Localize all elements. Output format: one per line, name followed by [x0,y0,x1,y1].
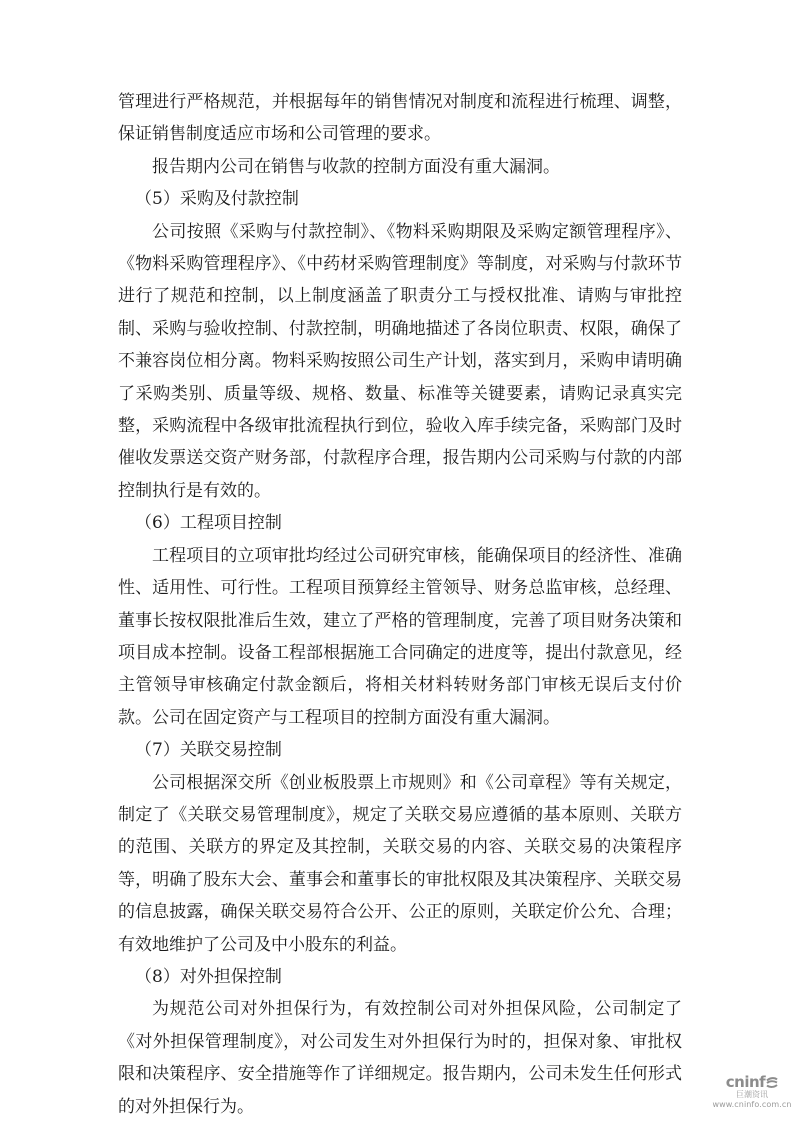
watermark-logo-text: cninf [726,1073,765,1091]
paragraph-engineering: 工程项目的立项审批均经过公司研究审核，能确保项目的经济性、准确性、适用性、可行性… [118,540,682,734]
watermark-logo: cninf [712,1074,792,1090]
paragraph-guarantee: 为规范公司对外担保行为，有效控制公司对外担保风险，公司制定了《对外担保管理制度》… [118,993,682,1122]
section-heading-engineering: （6）工程项目控制 [118,507,682,539]
watermark-url: www.cninfo.com.cn [712,1100,792,1110]
paragraph-sales-conclusion: 报告期内公司在销售与收款的控制方面没有重大漏洞。 [118,151,682,183]
watermark-chinese-name: 巨潮资讯 [712,1090,792,1100]
document-page: 管理进行严格规范，并根据每年的销售情况对制度和流程进行梳理、调整，保证销售制度适… [118,86,682,1122]
cninfo-swirl-icon [766,1077,778,1088]
paragraph-related-transactions: 公司根据深交所《创业板股票上市规则》和《公司章程》等有关规定，制定了《关联交易管… [118,767,682,961]
cninfo-watermark: cninf 巨潮资讯 www.cninfo.com.cn [712,1074,792,1110]
section-heading-guarantee: （8）对外担保控制 [118,961,682,993]
section-heading-related-transactions: （7）关联交易控制 [118,734,682,766]
section-heading-procurement: （5）采购及付款控制 [118,183,682,215]
paragraph-procurement: 公司按照《采购与付款控制》、《物料采购期限及采购定额管理程序》、《物料采购管理程… [118,216,682,508]
paragraph-continuation: 管理进行严格规范，并根据每年的销售情况对制度和流程进行梳理、调整，保证销售制度适… [118,86,682,151]
